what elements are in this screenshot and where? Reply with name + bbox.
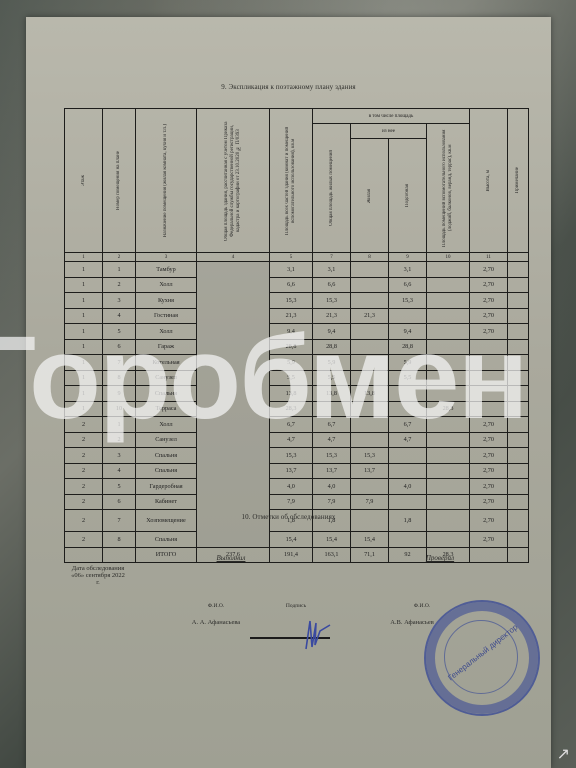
- cell-area: 6,6: [270, 277, 313, 293]
- cell-note: [508, 324, 529, 340]
- cell-height: [470, 370, 508, 386]
- header-total-area-decree: Общая площадь здания, рассчитанная с уче…: [197, 109, 270, 253]
- cell-area: 15,3: [270, 448, 313, 464]
- cell-room-no: 8: [103, 532, 136, 548]
- cell-room-no: 3: [103, 448, 136, 464]
- col-num: 2: [103, 253, 136, 262]
- table-row: 14Гостиная21,321,321,32,70: [65, 308, 529, 324]
- cell-note: [508, 494, 529, 510]
- cell-living: 15,3: [351, 448, 389, 464]
- cell-total: 3,1: [313, 262, 351, 278]
- cell-extra: [427, 277, 470, 293]
- cell-floor: 1: [65, 293, 103, 309]
- cell-aux: [389, 308, 427, 324]
- cell-room-no: 9: [103, 386, 136, 402]
- cell-living: [351, 401, 389, 417]
- cell-height: 2,70: [470, 417, 508, 433]
- cell-room-no: 3: [103, 293, 136, 309]
- cell-total: 5,5: [313, 370, 351, 386]
- cell-living: [351, 479, 389, 495]
- cell-living: 21,3: [351, 308, 389, 324]
- cell-aux: 28,8: [389, 339, 427, 355]
- cell-room-no: 1: [103, 262, 136, 278]
- cell-room-no: 1: [103, 417, 136, 433]
- cell-height: 2,70: [470, 463, 508, 479]
- col-num: 1: [65, 253, 103, 262]
- cell-total: 6,6: [313, 277, 351, 293]
- cell-area: 4,7: [270, 432, 313, 448]
- cell-empty: [103, 547, 136, 563]
- cell-note: [508, 339, 529, 355]
- cell-floor: 2: [65, 448, 103, 464]
- cell-room-no: 2: [103, 277, 136, 293]
- cell-aux: 9,4: [389, 324, 427, 340]
- cell-area: 6,7: [270, 417, 313, 433]
- cell-living: [351, 262, 389, 278]
- cell-total: 13,8: [313, 386, 351, 402]
- executor-signature: [302, 617, 332, 651]
- cell-aux: 6,7: [389, 417, 427, 433]
- cell-room-name: Холл: [136, 277, 197, 293]
- header-area-all-parts: Площадь всех частей здания (комнат и пом…: [270, 109, 313, 253]
- cell-note: [508, 479, 529, 495]
- cell-room-name: Спальня: [136, 532, 197, 548]
- cell-area: 4,0: [270, 479, 313, 495]
- cell-note: [508, 532, 529, 548]
- cell-note: [508, 448, 529, 464]
- cell-floor: 2: [65, 479, 103, 495]
- section-9-title: 9. Экспликация к поэтажному плану здания: [26, 83, 551, 91]
- cell-extra: [427, 463, 470, 479]
- column-numbers-row: 1 2 3 4 5 7 8 9 10 11: [65, 253, 529, 262]
- cell-extra: [427, 432, 470, 448]
- cell-area: 15,3: [270, 293, 313, 309]
- section-10-title: 10. Отметки об обследованиях: [26, 513, 551, 521]
- cell-extra: 28,3: [427, 401, 470, 417]
- table-row: 11Тамбур3,13,13,12,70: [65, 262, 529, 278]
- cell-room-name: Кухня: [136, 293, 197, 309]
- cell-room-name: Санузел: [136, 370, 197, 386]
- cell-room-no: 5: [103, 479, 136, 495]
- cell-height: 2,70: [470, 262, 508, 278]
- cell-area: 3,1: [270, 262, 313, 278]
- cell-room-name: Гостиная: [136, 308, 197, 324]
- cell-total: 21,3: [313, 308, 351, 324]
- col-num: [508, 253, 529, 262]
- cell-note: [508, 262, 529, 278]
- total-label: ИТОГО: [136, 547, 197, 563]
- cell-total: 15,3: [313, 448, 351, 464]
- cell-extra: [427, 386, 470, 402]
- cell-room-name: Спальня: [136, 463, 197, 479]
- executor-name: А. А. Афанасьева: [166, 619, 266, 626]
- cell-note: [508, 277, 529, 293]
- cell-room-no: 7: [103, 355, 136, 371]
- cell-room-name: Спальня: [136, 448, 197, 464]
- cell-living: [351, 370, 389, 386]
- cell-extra: [427, 293, 470, 309]
- cell-living: 7,9: [351, 494, 389, 510]
- col-num: 7: [313, 253, 351, 262]
- cell-room-no: 6: [103, 339, 136, 355]
- header-height: Высота, м: [470, 109, 508, 253]
- cell-note: [508, 308, 529, 324]
- cell-area: 7,9: [270, 494, 313, 510]
- cell-extra: [427, 479, 470, 495]
- cell-total: [313, 401, 351, 417]
- cell-aux: 5,5: [389, 370, 427, 386]
- col-num: 4: [197, 253, 270, 262]
- total-area: 191,4: [270, 547, 313, 563]
- cell-total: 13,7: [313, 463, 351, 479]
- cell-aux: 5,9: [389, 355, 427, 371]
- cell-aux: [389, 494, 427, 510]
- header-note: Примечание: [508, 109, 529, 253]
- cell-floor: 1: [65, 324, 103, 340]
- header-group-area: в том числе площадь: [313, 109, 470, 124]
- cell-height: [470, 386, 508, 402]
- col-num: 10: [427, 253, 470, 262]
- cell-area: 5,9: [270, 355, 313, 371]
- cell-decree-area: [197, 262, 270, 548]
- cell-height: 2,70: [470, 479, 508, 495]
- cell-extra: [427, 417, 470, 433]
- executor-fio-label: Ф.И.О.: [186, 603, 246, 609]
- cell-area: 28,8: [270, 339, 313, 355]
- cell-extra: [427, 324, 470, 340]
- cell-total: 4,0: [313, 479, 351, 495]
- cell-living: 13,8: [351, 386, 389, 402]
- cell-height: 2,70: [470, 532, 508, 548]
- cell-note: [508, 417, 529, 433]
- cell-total: 28,8: [313, 339, 351, 355]
- cell-note: [508, 370, 529, 386]
- header-room-no: Номер помещения на плане: [103, 109, 136, 253]
- cell-floor: 2: [65, 432, 103, 448]
- cell-total: 5,9: [313, 355, 351, 371]
- survey-date: Дата обследования «06» сентября 2022 г.: [70, 565, 126, 586]
- organization-stamp: Генеральный директор: [424, 600, 540, 716]
- cell-total: 7,9: [313, 494, 351, 510]
- cell-room-name: Котельная: [136, 355, 197, 371]
- table-row: 28Спальня15,415,415,42,70: [65, 532, 529, 548]
- cell-living: [351, 417, 389, 433]
- cell-note: [508, 386, 529, 402]
- cell-height: [470, 339, 508, 355]
- checker-fio-label: Ф.И.О.: [392, 603, 452, 609]
- header-total-area-premises: Общая площадь жилых помещений: [313, 124, 351, 253]
- cell-height: [470, 355, 508, 371]
- cell-extra: [427, 494, 470, 510]
- cell-floor: 2: [65, 494, 103, 510]
- table-row: 12Холл6,66,66,62,70: [65, 277, 529, 293]
- cell-area: 21,3: [270, 308, 313, 324]
- cell-living: 15,4: [351, 532, 389, 548]
- total-living: 71,1: [351, 547, 389, 563]
- cell-extra: [427, 370, 470, 386]
- cell-area: 9,4: [270, 324, 313, 340]
- header-room-name: Назначение помещения (жилая комната, кух…: [136, 109, 197, 253]
- cell-room-no: 8: [103, 370, 136, 386]
- cell-height: 2,70: [470, 494, 508, 510]
- cell-total: 4,7: [313, 432, 351, 448]
- cell-aux: [389, 401, 427, 417]
- cell-total: 9,4: [313, 324, 351, 340]
- cell-living: [351, 339, 389, 355]
- cell-floor: 1: [65, 308, 103, 324]
- cell-room-name: Гардеробная: [136, 479, 197, 495]
- executor-heading: Выполнил: [196, 554, 266, 562]
- checker-heading: Проверил: [410, 554, 470, 562]
- cell-room-name: Холл: [136, 417, 197, 433]
- cell-height: 2,70: [470, 293, 508, 309]
- cell-empty: [508, 547, 529, 563]
- cell-total: 15,4: [313, 532, 351, 548]
- cell-extra: [427, 532, 470, 548]
- cell-floor: 2: [65, 463, 103, 479]
- cell-empty: [470, 547, 508, 563]
- executor-signature-label: Подпись: [266, 603, 326, 609]
- cell-total: 15,3: [313, 293, 351, 309]
- cell-note: [508, 432, 529, 448]
- header-floor: Этаж: [65, 109, 103, 253]
- cell-area: 28,3: [270, 401, 313, 417]
- col-num: 8: [351, 253, 389, 262]
- table-row: 18Санузел5,55,55,5: [65, 370, 529, 386]
- cell-aux: 4,7: [389, 432, 427, 448]
- cell-height: 2,70: [470, 277, 508, 293]
- cell-room-name: Спальня: [136, 386, 197, 402]
- explication-table: Этаж Номер помещения на плане Назначение…: [64, 108, 529, 563]
- cell-area: 13,8: [270, 386, 313, 402]
- col-num: 3: [136, 253, 197, 262]
- cell-extra: [427, 262, 470, 278]
- total-total: 163,1: [313, 547, 351, 563]
- table-row: 15Холл9,49,49,42,70: [65, 324, 529, 340]
- col-num: 5: [270, 253, 313, 262]
- cell-floor: 1: [65, 401, 103, 417]
- cell-room-name: Санузел: [136, 432, 197, 448]
- cell-room-name: Холл: [136, 324, 197, 340]
- cell-room-no: 10: [103, 401, 136, 417]
- col-num: 9: [389, 253, 427, 262]
- cell-empty: [65, 547, 103, 563]
- cell-area: 13,7: [270, 463, 313, 479]
- cell-living: [351, 432, 389, 448]
- cell-aux: [389, 386, 427, 402]
- cell-aux: [389, 448, 427, 464]
- cell-height: 2,70: [470, 448, 508, 464]
- cell-floor: 1: [65, 370, 103, 386]
- table-row: 24Спальня13,713,713,72,70: [65, 463, 529, 479]
- cell-area: 15,4: [270, 532, 313, 548]
- header-subgroup: из нее: [351, 124, 427, 139]
- table-row: 16Гараж28,828,828,8: [65, 339, 529, 355]
- cell-note: [508, 355, 529, 371]
- cell-floor: 1: [65, 339, 103, 355]
- cell-room-no: 5: [103, 324, 136, 340]
- table-row: 13Кухня15,315,315,32,70: [65, 293, 529, 309]
- cell-living: 13,7: [351, 463, 389, 479]
- cell-height: 2,70: [470, 308, 508, 324]
- cell-height: [470, 401, 508, 417]
- cell-extra: [427, 308, 470, 324]
- col-num: 11: [470, 253, 508, 262]
- cell-living: [351, 277, 389, 293]
- document-page: 9. Экспликация к поэтажному плану здания…: [26, 17, 551, 768]
- cell-floor: 2: [65, 417, 103, 433]
- table-row: 110Терраса28,328,3: [65, 401, 529, 417]
- cell-living: [351, 355, 389, 371]
- table-row: 26Кабинет7,97,97,92,70: [65, 494, 529, 510]
- cell-room-name: Кабинет: [136, 494, 197, 510]
- cell-aux: 15,3: [389, 293, 427, 309]
- page-curl-icon: ↗: [557, 744, 570, 764]
- header-aux-use-area: Площадь помещений вспомогательного испол…: [427, 124, 470, 253]
- table-row: 23Спальня15,315,315,32,70: [65, 448, 529, 464]
- cell-extra: [427, 448, 470, 464]
- cell-room-no: 6: [103, 494, 136, 510]
- table-row: 22Санузел4,74,74,72,70: [65, 432, 529, 448]
- table-row: 21Холл6,76,76,72,70: [65, 417, 529, 433]
- table-row: 25Гардеробная4,04,04,02,70: [65, 479, 529, 495]
- cell-aux: [389, 463, 427, 479]
- cell-aux: 6,6: [389, 277, 427, 293]
- cell-note: [508, 463, 529, 479]
- cell-floor: 1: [65, 355, 103, 371]
- cell-aux: [389, 532, 427, 548]
- cell-extra: [427, 339, 470, 355]
- cell-area: 5,5: [270, 370, 313, 386]
- cell-height: 2,70: [470, 324, 508, 340]
- cell-floor: 1: [65, 386, 103, 402]
- cell-room-name: Терраса: [136, 401, 197, 417]
- header-living: Жилая: [351, 139, 389, 253]
- cell-floor: 2: [65, 532, 103, 548]
- cell-extra: [427, 355, 470, 371]
- cell-room-no: 4: [103, 308, 136, 324]
- table-row: 19Спальня13,813,813,8: [65, 386, 529, 402]
- header-auxiliary: Подсобная: [389, 139, 427, 253]
- cell-note: [508, 293, 529, 309]
- cell-room-name: Гараж: [136, 339, 197, 355]
- cell-room-no: 2: [103, 432, 136, 448]
- cell-floor: 1: [65, 277, 103, 293]
- cell-aux: 4,0: [389, 479, 427, 495]
- table-row: 17Котельная5,95,95,9: [65, 355, 529, 371]
- cell-floor: 1: [65, 262, 103, 278]
- cell-room-no: 4: [103, 463, 136, 479]
- cell-living: [351, 293, 389, 309]
- cell-room-name: Тамбур: [136, 262, 197, 278]
- cell-living: [351, 324, 389, 340]
- cell-aux: 3,1: [389, 262, 427, 278]
- cell-total: 6,7: [313, 417, 351, 433]
- cell-height: 2,70: [470, 432, 508, 448]
- cell-note: [508, 401, 529, 417]
